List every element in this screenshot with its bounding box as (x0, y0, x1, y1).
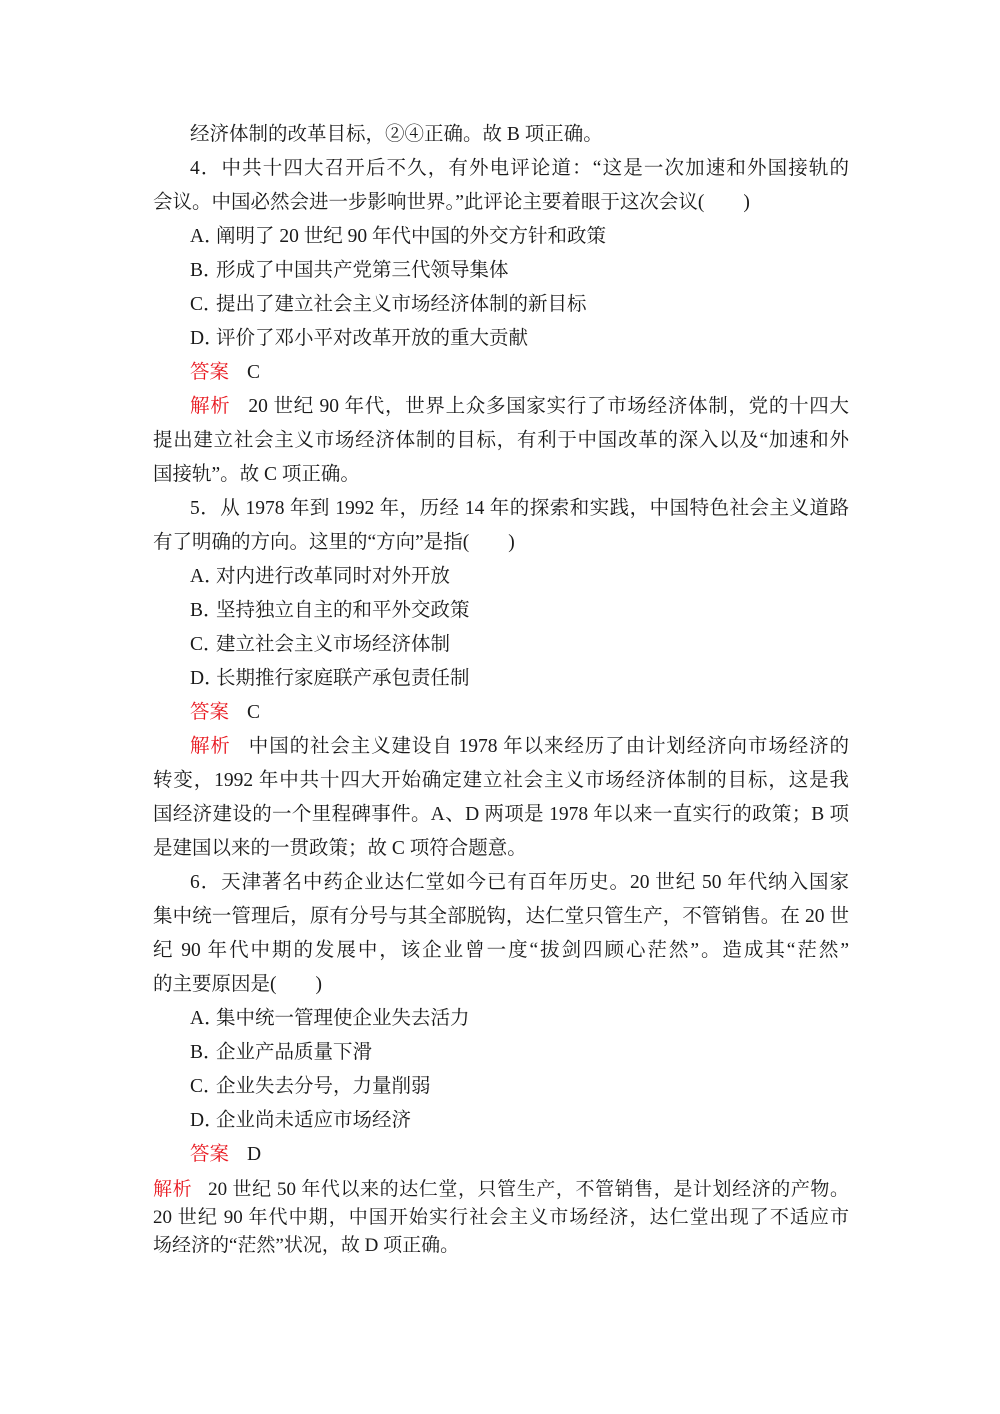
option-text: 企业尚未适应市场经济 (216, 1110, 411, 1131)
answer-label: 答案 (190, 1144, 229, 1165)
analysis-line: 国经济建设的一个里程碑事件。A、D 两项是 1978 年以来一直实行的政策；B … (153, 798, 849, 832)
question-stem-line: 纪 90 年代中期的发展中，该企业曾一度“拔剑四顾心茫然”。造成其“茫然” (153, 934, 849, 968)
answer-value: C (247, 702, 260, 723)
analysis-line: 解析20 世纪 90 年代，世界上众多国家实行了市场经济体制，党的十四大 (153, 390, 849, 424)
analysis-line: 20 世纪 90 年代中期，中国开始实行社会主义市场经济，达仁堂出现了不适应市 (153, 1204, 849, 1232)
option-a[interactable]: A．集中统一管理使企业失去活力 (153, 1002, 849, 1036)
option-label: A． (190, 560, 216, 594)
option-c[interactable]: C．企业失去分号，力量削弱 (153, 1070, 849, 1104)
option-b[interactable]: B．形成了中国共产党第三代领导集体 (153, 254, 849, 288)
option-text: 坚持独立自主的和平外交政策 (216, 600, 470, 621)
option-b[interactable]: B．企业产品质量下滑 (153, 1036, 849, 1070)
option-text: 阐明了 20 世纪 90 年代中国的外交方针和政策 (216, 226, 606, 247)
question-5: 5．从 1978 年到 1992 年，历经 14 年的探索和实践，中国特色社会主… (153, 492, 849, 866)
carryover-analysis-line: 经济体制的改革目标，②④正确。故 B 项正确。 (153, 118, 849, 152)
option-text: 建立社会主义市场经济体制 (216, 634, 450, 655)
question-stem-line: 6．天津著名中药企业达仁堂如今已有百年历史。20 世纪 50 年代纳入国家 (153, 866, 849, 900)
option-text: 长期推行家庭联产承包责任制 (216, 668, 470, 689)
question-4: 4．中共十四大召开后不久，有外电评论道：“这是一次加速和外国接轨的 会议。中国必… (153, 152, 849, 492)
option-text: 提出了建立社会主义市场经济体制的新目标 (216, 294, 587, 315)
question-6: 6．天津著名中药企业达仁堂如今已有百年历史。20 世纪 50 年代纳入国家 集中… (153, 866, 849, 1260)
analysis-line: 是建国以来的一贯政策；故 C 项符合题意。 (153, 832, 849, 866)
question-stem-line: 有了明确的方向。这里的“方向”是指( ) (153, 526, 849, 560)
analysis-line: 解析20 世纪 50 年代以来的达仁堂，只管生产，不管销售，是计划经济的产物。 (153, 1176, 849, 1204)
option-c[interactable]: C．提出了建立社会主义市场经济体制的新目标 (153, 288, 849, 322)
option-label: D． (190, 662, 216, 696)
option-label: D． (190, 1104, 216, 1138)
option-label: B． (190, 1036, 216, 1070)
option-label: A． (190, 1002, 216, 1036)
option-text: 评价了邓小平对改革开放的重大贡献 (216, 328, 528, 349)
option-text: 企业产品质量下滑 (216, 1042, 372, 1063)
option-c[interactable]: C．建立社会主义市场经济体制 (153, 628, 849, 662)
analysis-label: 解析 (153, 1179, 192, 1200)
analysis-line: 国接轨”。故 C 项正确。 (153, 458, 849, 492)
answer-value: D (247, 1144, 261, 1165)
question-stem-line: 会议。中国必然会进一步影响世界。”此评论主要着眼于这次会议( ) (153, 186, 849, 220)
option-text: 对内进行改革同时对外开放 (216, 566, 450, 587)
answer-row: 答案C (153, 696, 849, 730)
option-d[interactable]: D．长期推行家庭联产承包责任制 (153, 662, 849, 696)
analysis-line: 提出建立社会主义市场经济体制的目标，有利于中国改革的深入以及“加速和外 (153, 424, 849, 458)
question-stem-line: 集中统一管理后，原有分号与其全部脱钩，达仁堂只管生产，不管销售。在 20 世 (153, 900, 849, 934)
document-page: 经济体制的改革目标，②④正确。故 B 项正确。 4．中共十四大召开后不久，有外电… (153, 118, 849, 1260)
answer-label: 答案 (190, 702, 229, 723)
analysis-line: 解析中国的社会主义建设自 1978 年以来经历了由计划经济向市场经济的 (153, 730, 849, 764)
option-label: B． (190, 254, 216, 288)
option-label: C． (190, 288, 216, 322)
analysis-line: 场经济的“茫然”状况，故 D 项正确。 (153, 1232, 849, 1260)
option-text: 形成了中国共产党第三代领导集体 (216, 260, 509, 281)
analysis-line: 转变，1992 年中共十四大开始确定建立社会主义市场经济体制的目标，这是我 (153, 764, 849, 798)
question-stem-line: 的主要原因是( ) (153, 968, 849, 1002)
question-stem-line: 5．从 1978 年到 1992 年，历经 14 年的探索和实践，中国特色社会主… (153, 492, 849, 526)
option-a[interactable]: A．对内进行改革同时对外开放 (153, 560, 849, 594)
option-label: C． (190, 628, 216, 662)
option-label: D． (190, 322, 216, 356)
answer-value: C (247, 362, 260, 383)
option-b[interactable]: B．坚持独立自主的和平外交政策 (153, 594, 849, 628)
option-text: 集中统一管理使企业失去活力 (216, 1008, 470, 1029)
analysis-label: 解析 (190, 396, 230, 417)
option-d[interactable]: D．评价了邓小平对改革开放的重大贡献 (153, 322, 849, 356)
answer-row: 答案C (153, 356, 849, 390)
analysis-label: 解析 (190, 736, 231, 757)
answer-label: 答案 (190, 362, 229, 383)
option-label: C． (190, 1070, 216, 1104)
question-stem-line: 4．中共十四大召开后不久，有外电评论道：“这是一次加速和外国接轨的 (153, 152, 849, 186)
option-a[interactable]: A．阐明了 20 世纪 90 年代中国的外交方针和政策 (153, 220, 849, 254)
option-label: A． (190, 220, 216, 254)
option-text: 企业失去分号，力量削弱 (216, 1076, 431, 1097)
option-label: B． (190, 594, 216, 628)
option-d[interactable]: D．企业尚未适应市场经济 (153, 1104, 849, 1138)
answer-row: 答案D (153, 1138, 849, 1172)
